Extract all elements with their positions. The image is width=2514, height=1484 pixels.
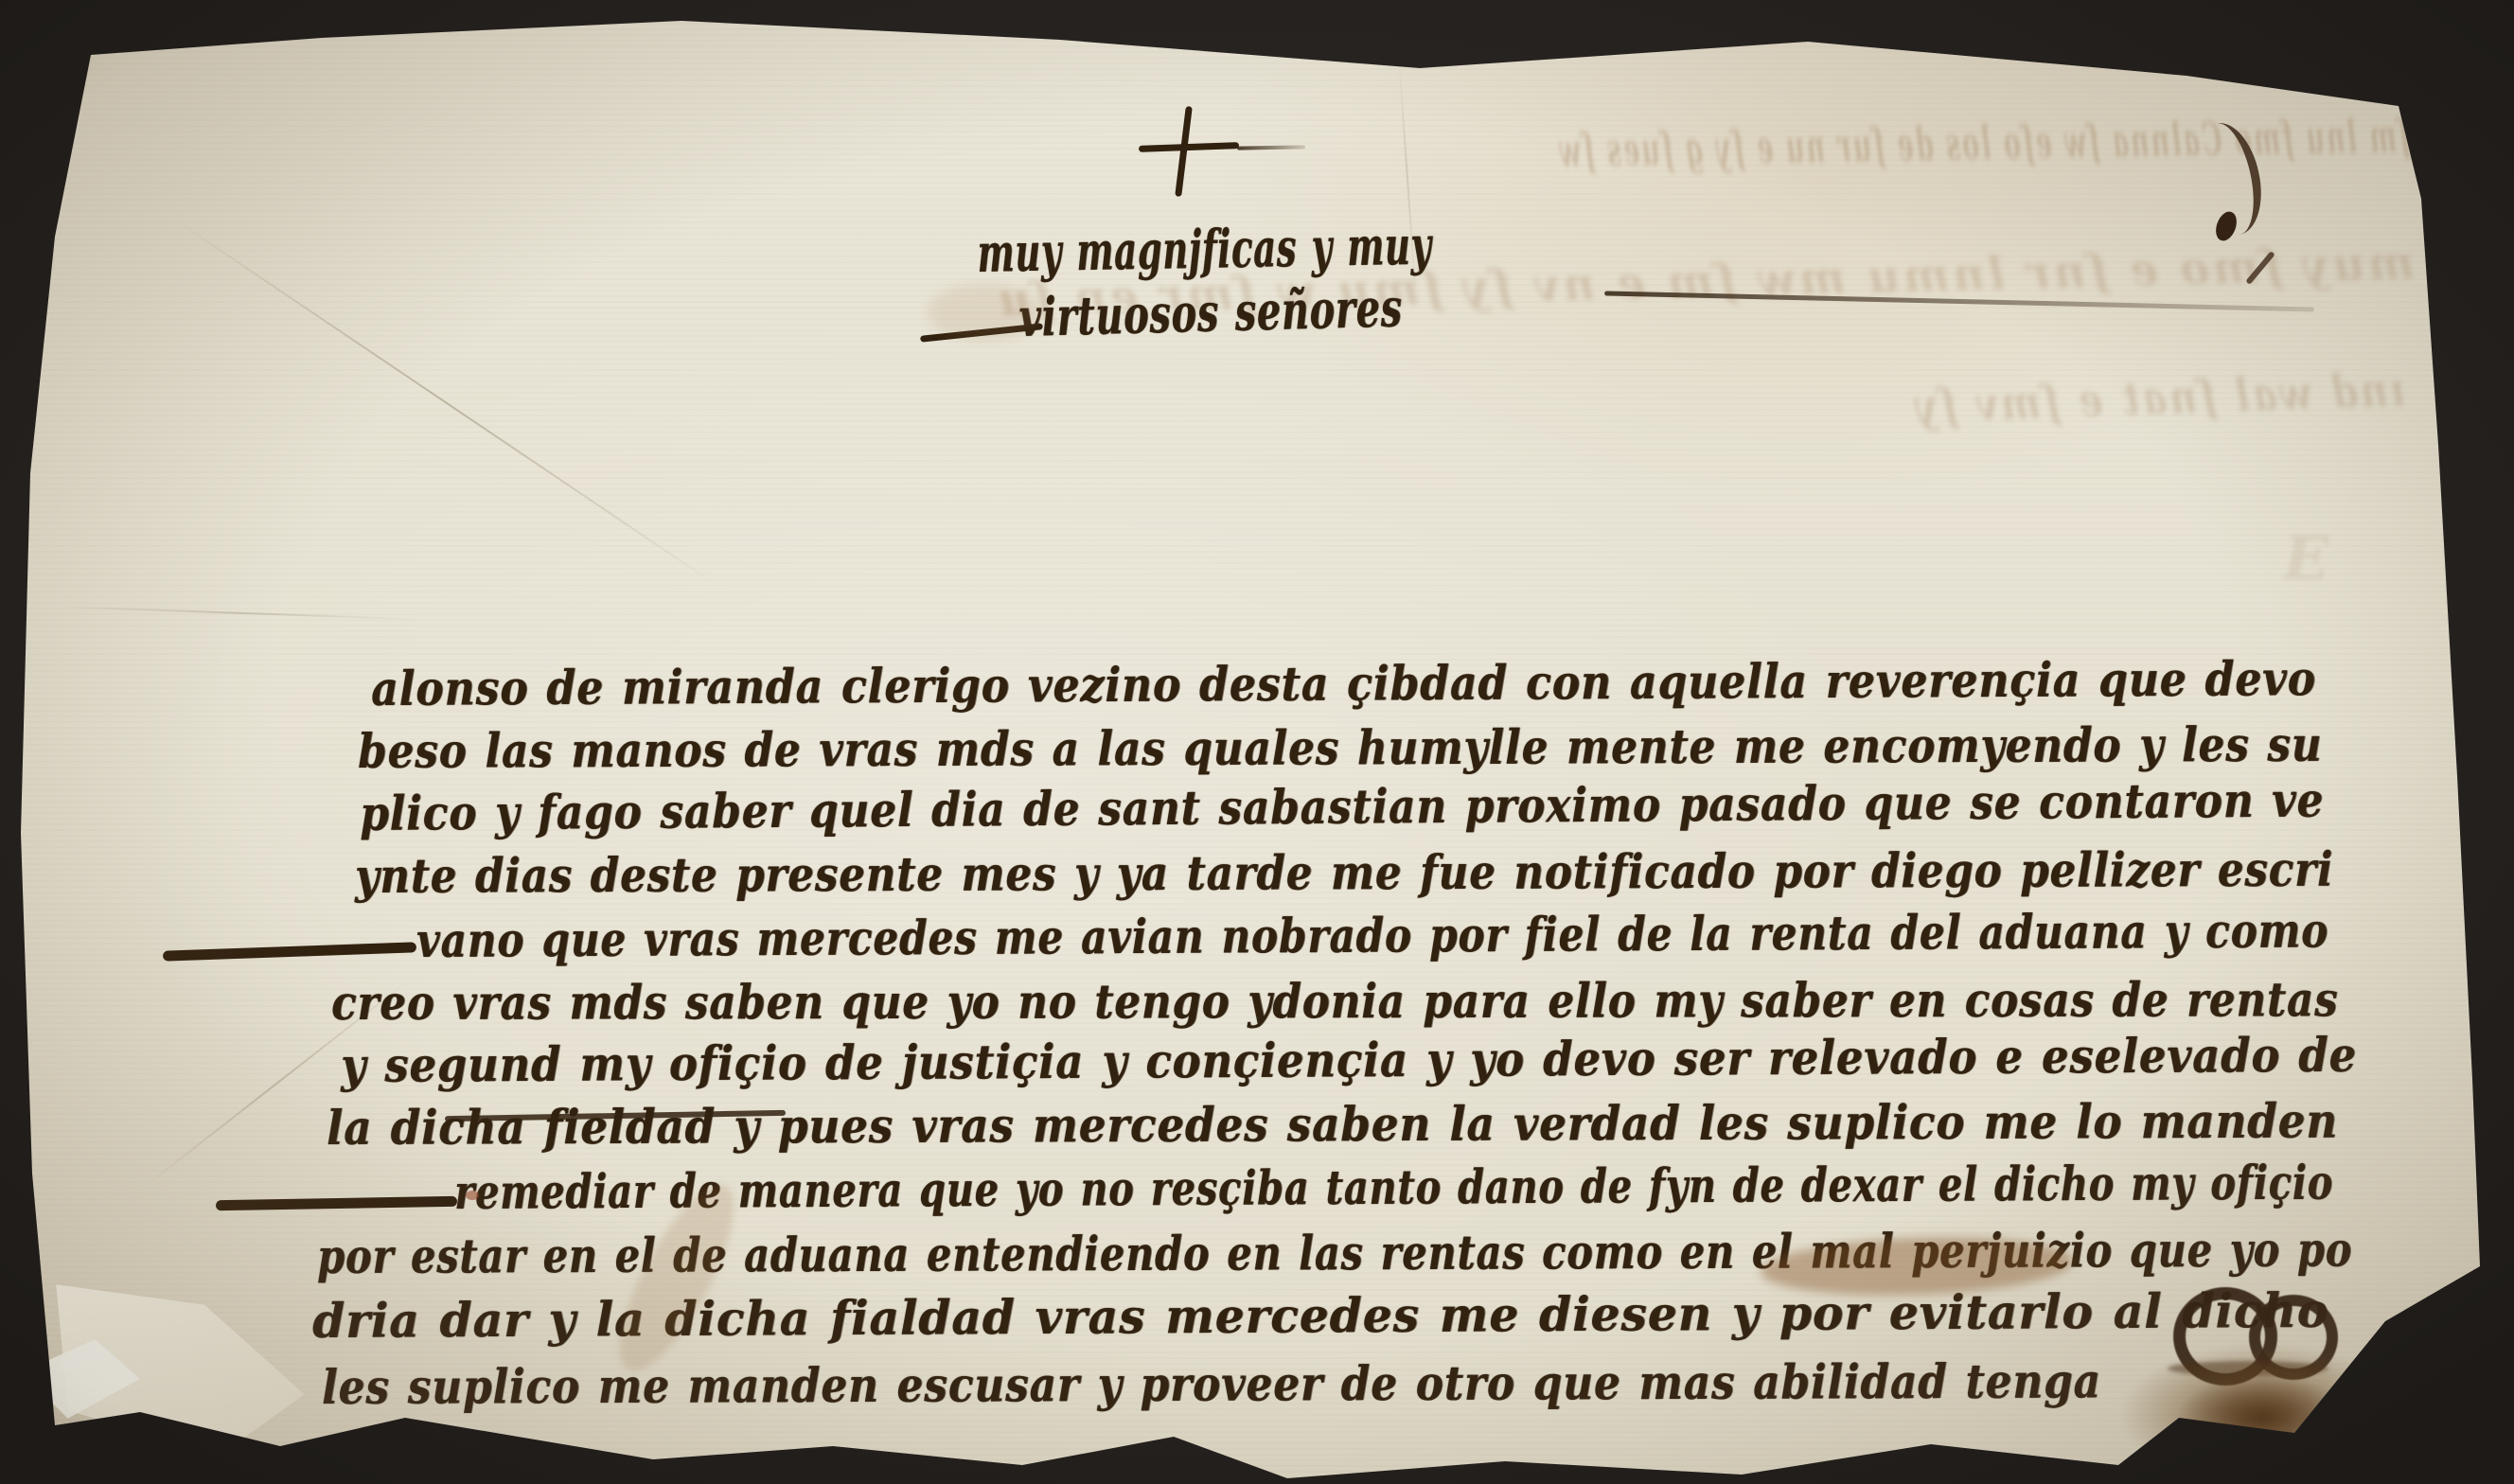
paper-crease: [57, 606, 416, 620]
manuscript-line: la dicha fieldad y pues vras mercedes sa…: [327, 1095, 2338, 1154]
manuscript-paper: ſm lnu fmo Calnna ſw eſo los de ſur nu e…: [0, 0, 2514, 1484]
margin-ink-mark: [2188, 121, 2311, 329]
heading-line-2: virtuosos señores: [1018, 279, 1404, 347]
manuscript-line: ynte dias deste presente mes y ya tarde …: [355, 843, 2333, 902]
cross-horizontal-tail: [1237, 145, 1305, 150]
manuscript-line: dria dar y la dicha fialdad vras mercede…: [312, 1284, 2328, 1347]
invocation-cross: [1131, 106, 1254, 205]
manuscript-line: beso las manos de vras mds a las quales …: [358, 718, 2323, 777]
flourish-stroke: [163, 942, 416, 961]
ink-stain: [2177, 1374, 2347, 1461]
cross-horizontal: [1139, 142, 1239, 152]
heading-line-1: muy magnjficas y muy: [977, 218, 1432, 284]
margin-mark-stroke: [2245, 251, 2275, 285]
manuscript-line: alonso de miranda clerigo vezino desta ç…: [371, 652, 2316, 715]
manuscript-line: y segund my ofiçio de justiçia y conçien…: [341, 1029, 2357, 1091]
paper-crease: [169, 216, 719, 588]
ink-bleedthrough-line: ınd wal ſnat e ſmv ſy: [1912, 365, 2406, 433]
ink-bleedthrough-mark: E: [2283, 526, 2333, 592]
manuscript-line: creo vras mds saben que yo no tengo ydon…: [331, 973, 2338, 1029]
manuscript-line: les suplico me manden escusar y proveer …: [322, 1354, 2101, 1413]
cross-vertical: [1175, 106, 1193, 197]
manuscript-line: vano que vras mercedes me avian nobrado …: [416, 904, 2328, 966]
foxing-spot: [928, 284, 1041, 341]
manuscript-line: plico y fago saber quel dia de sant saba…: [360, 774, 2324, 839]
photo-background: ſm lnu fmo Calnna ſw eſo los de ſur nu e…: [0, 0, 2514, 1484]
manuscript-line: remediar de manera que yo no resçiba tan…: [454, 1157, 2333, 1218]
flourish-stroke: [216, 1196, 457, 1210]
foxing-spot: [466, 1191, 479, 1200]
